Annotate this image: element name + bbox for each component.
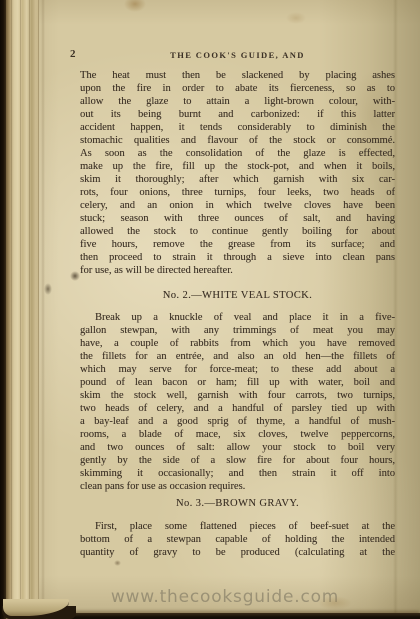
text-line: which may serve for force-meat; to these… bbox=[80, 363, 395, 376]
text-line: allowed the stock to continue gently boi… bbox=[80, 225, 395, 238]
text-line: have, a couple of rabbits from which you… bbox=[80, 337, 395, 350]
text-line: The heat must then be slackened by placi… bbox=[80, 69, 395, 82]
text-line: two heads of celery, and a handful of pa… bbox=[80, 402, 395, 415]
text-line: gallon stewpan, with any trimmings of me… bbox=[80, 324, 395, 337]
bottom-scan-edge bbox=[38, 613, 420, 619]
text-line: stomachic qualities and flavour of the s… bbox=[80, 134, 395, 147]
text-line: Break up a knuckle of veal and place it … bbox=[80, 311, 395, 324]
brown-gravy-paragraph: First, place some flattened pieces of be… bbox=[80, 520, 395, 559]
running-title: THE COOK'S GUIDE, AND bbox=[80, 50, 395, 60]
page-number: 2 bbox=[70, 48, 76, 60]
text-line: upon the fire in order to abate its fier… bbox=[80, 82, 395, 95]
watermark: www.thecooksguide.com bbox=[30, 587, 420, 607]
text-line: allow the glaze to attain a light-brown … bbox=[80, 95, 395, 108]
text-line: bottom of a stewpan capable of holding t… bbox=[80, 533, 395, 546]
text-line: clean pans for use as occasion requires. bbox=[80, 480, 395, 493]
text-line: a bay-leaf and a good sprig of thyme, a … bbox=[80, 415, 395, 428]
book-page-scan: 2 THE COOK'S GUIDE, AND The heat must th… bbox=[0, 0, 420, 619]
paper-stain bbox=[124, 0, 146, 12]
text-line: stuck; season with three ounces of salt,… bbox=[80, 212, 395, 225]
text-line: rooms, a blade of mace, six cloves, twel… bbox=[80, 428, 395, 441]
text-line: skim it thoroughly; after which garnish … bbox=[80, 173, 395, 186]
text-line: gently by the side of a slow fire for ab… bbox=[80, 454, 395, 467]
section-heading-white-veal-stock: No. 2.—WHITE VEAL STOCK. bbox=[80, 290, 395, 301]
text-line: out its being burnt and carbonized: if t… bbox=[80, 108, 395, 121]
text-line: rots, four onions, three turnips, four l… bbox=[80, 186, 395, 199]
text-line: five hours, remove the grease from its s… bbox=[80, 238, 395, 251]
text-line: celery, and an onion in which twelve clo… bbox=[80, 199, 395, 212]
text-line: the fillets for an entrée, and also an o… bbox=[80, 350, 395, 363]
text-line: quantity of gravy to be produced (calcul… bbox=[80, 546, 395, 559]
text-line: then proceed to strain it through a siev… bbox=[80, 251, 395, 264]
text-line: and two ounces of salt: allow your stock… bbox=[80, 441, 395, 454]
intro-paragraph: The heat must then be slackened by placi… bbox=[80, 69, 395, 277]
section-heading-brown-gravy: No. 3.—BROWN GRAVY. bbox=[80, 498, 395, 509]
white-veal-stock-paragraph: Break up a knuckle of veal and place it … bbox=[80, 311, 395, 493]
text-line: skimming it occasionally; and then strai… bbox=[80, 467, 395, 480]
text-line: make up the fire, fill up the stock-pot,… bbox=[80, 160, 395, 173]
paper-stain bbox=[286, 12, 306, 24]
page-edge-strip bbox=[6, 0, 39, 619]
text-line: pound of lean bacon or ham; fill up with… bbox=[80, 376, 395, 389]
text-line: As soon as the consolidation of the glaz… bbox=[80, 147, 395, 160]
text-line: skim the stock well, garnish with four c… bbox=[80, 389, 395, 402]
ink-smudge bbox=[44, 283, 52, 295]
paper-speck bbox=[114, 560, 121, 566]
text-line: accident happen, it tends considerably t… bbox=[80, 121, 395, 134]
text-line: First, place some flattened pieces of be… bbox=[80, 520, 395, 533]
text-line: for use, as will be directed hereafter. bbox=[80, 264, 395, 277]
gutter-crease bbox=[41, 0, 45, 619]
